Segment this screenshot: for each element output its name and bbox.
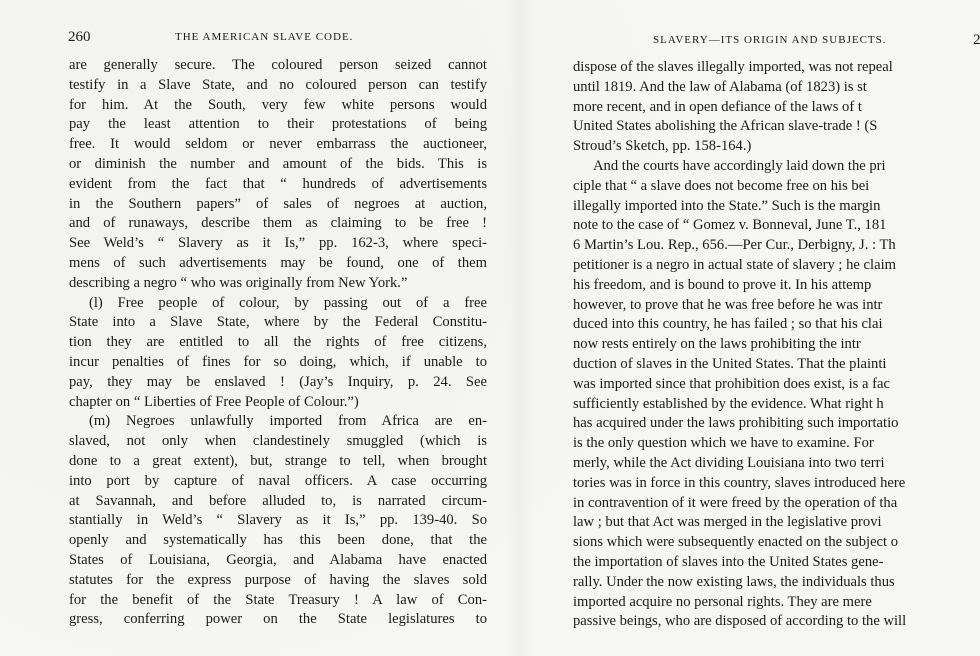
text-line: States of Louisiana, Georgia, and Alabam… <box>69 551 487 571</box>
text-line: his freedom, and is bound to prove it. I… <box>573 276 980 296</box>
text-line: See Weld’s “ Slavery as it Is,” pp. 162-… <box>69 234 487 254</box>
text-line: stantially in Weld’s “ Slavery as it Is,… <box>69 511 487 531</box>
text-line: in the Southern papers” of sales of negr… <box>69 195 487 215</box>
text-line: evident from the fact that “ hundreds of… <box>69 175 487 195</box>
text-line: was imported since that prohibition does… <box>573 375 980 395</box>
text-line: slaved, not only when clandestinely smug… <box>69 432 487 452</box>
paragraph-l-start: (l) Free people of colour, by passing ou… <box>69 294 487 314</box>
text-line: into port by capture of naval officers. … <box>69 472 487 492</box>
running-head-left: THE AMERICAN SLAVE CODE. <box>175 31 353 43</box>
text-line: until 1819. And the law of Alabama (of 1… <box>573 78 980 98</box>
paragraph-courts-start: And the courts have accordingly laid dow… <box>573 157 980 177</box>
text-line: openly and systematically has this been … <box>69 531 487 551</box>
text-line: pay, they may be enslaved ! (Jay’s Inqui… <box>69 373 487 393</box>
text-line: State into a Slave State, where by the F… <box>69 313 487 333</box>
text-line: has acquired under the laws prohibiting … <box>573 414 980 434</box>
page-number-left: 260 <box>68 29 91 46</box>
text-line: incur penalties of fines for so doing, w… <box>69 353 487 373</box>
text-line: 6 Martin’s Lou. Rep., 656.—Per Cur., Der… <box>573 236 980 256</box>
left-page: 260 THE AMERICAN SLAVE CODE. are general… <box>0 0 520 656</box>
text-line: however, to prove that he was free befor… <box>573 296 980 316</box>
text-line: petitioner is a negro in actual state of… <box>573 256 980 276</box>
text-line: for him. At the South, very few white pe… <box>69 96 487 116</box>
text-line: imported acquire no personal rights. The… <box>573 593 980 613</box>
text-line: sufficiently established by the evidence… <box>573 395 980 415</box>
book-spread: 260 THE AMERICAN SLAVE CODE. are general… <box>0 0 980 656</box>
text-line: in contravention of it were freed by the… <box>573 494 980 514</box>
text-line: chapter on “ Liberties of Free People of… <box>69 393 487 413</box>
text-line: done to a great extent), but, strange to… <box>69 452 487 472</box>
text-line: and of runaways, describe them as claimi… <box>69 214 487 234</box>
text-line: describing a negro “ who was originally … <box>69 274 487 294</box>
text-line: tion they are entitled to all the rights… <box>69 333 487 353</box>
text-line: tories was in force in this country, sla… <box>573 474 980 494</box>
text-line: law ; but that Act was merged in the leg… <box>573 513 980 533</box>
text-line: now rests entirely on the laws prohibiti… <box>573 335 980 355</box>
paragraph-m-start: (m) Negroes unlawfully imported from Afr… <box>69 412 487 432</box>
text-line: mens of such advertisements may be found… <box>69 254 487 274</box>
text-line: illegally imported into the State.” Such… <box>573 197 980 217</box>
running-head-right: SLAVERY—ITS ORIGIN AND SUBJECTS. <box>653 34 887 46</box>
text-line: for the benefit of the State Treasury ! … <box>69 591 487 611</box>
text-line: the importation of slaves into the Unite… <box>573 553 980 573</box>
text-line: note to the case of “ Gomez v. Bonneval,… <box>573 216 980 236</box>
text-line: gress, conferring power on the State leg… <box>69 610 487 630</box>
text-line: dispose of the slaves illegally imported… <box>573 58 980 78</box>
text-line: ciple that “ a slave does not become fre… <box>573 177 980 197</box>
text-line: rally. Under the now existing laws, the … <box>573 573 980 593</box>
text-line: is the only question which we have to ex… <box>573 434 980 454</box>
text-line: or diminish the number and amount of the… <box>69 155 487 175</box>
text-line: Stroud’s Sketch, pp. 158-164.) <box>573 137 980 157</box>
text-line: duction of slaves in the United States. … <box>573 355 980 375</box>
text-line: statutes for the express purpose of havi… <box>69 571 487 591</box>
text-line: merly, while the Act dividing Louisiana … <box>573 454 980 474</box>
text-line: free. It would seldom or never embarrass… <box>69 135 487 155</box>
text-line: sions which were subsequently enacted on… <box>573 533 980 553</box>
text-line: passive beings, who are disposed of acco… <box>573 612 980 632</box>
right-page-body: dispose of the slaves illegally imported… <box>573 58 980 632</box>
text-line: pay the least attention to their protest… <box>69 115 487 135</box>
text-line: United States abolishing the African sla… <box>573 117 980 137</box>
page-number-right: 2 <box>973 32 980 49</box>
right-page: SLAVERY—ITS ORIGIN AND SUBJECTS. 2 dispo… <box>520 0 980 656</box>
text-line: more recent, and in open defiance of the… <box>573 98 980 118</box>
left-page-body: are generally secure. The coloured perso… <box>69 56 487 630</box>
text-line: testify in a Slave State, and no coloure… <box>69 76 487 96</box>
text-line: duced into this country, he has failed ;… <box>573 315 980 335</box>
text-line: at Savannah, and before alluded to, is n… <box>69 492 487 512</box>
text-line: are generally secure. The coloured perso… <box>69 56 487 76</box>
